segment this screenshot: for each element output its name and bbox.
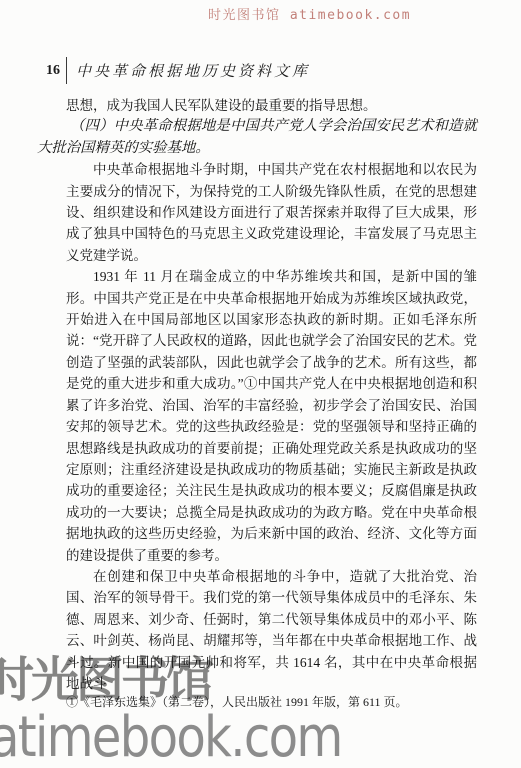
top-watermark: 时光图书馆 atimebook.com — [208, 4, 411, 23]
scanned-book-page: 时光图书馆 atimebook.com 时光图书馆 atimebook.com … — [0, 0, 521, 768]
body-paragraph: 中央革命根据地斗争时期，中国共产党在农村根据地和以农民为主要成分的情况下，为保持… — [66, 159, 477, 266]
body-text: 思想，成为我国人民军队建设的最重要的指导思想。 （四）中央革命根据地是中国共产党… — [66, 95, 477, 694]
body-paragraph: 在创建和保卫中央革命根据地的斗争中，造就了大批治党、治国、治军的领导骨干。我们党… — [66, 566, 477, 694]
footnote: ①《毛泽东选集》（第二卷），人民出版社 1991 年版，第 611 页。 — [66, 695, 477, 710]
book-title: 中央革命根据地历史资料文库 — [76, 60, 310, 81]
body-paragraph-continuation: 思想，成为我国人民军队建设的最重要的指导思想。 — [66, 95, 477, 116]
page-number: 16 — [46, 63, 66, 79]
body-paragraph: 1931 年 11 月在瑞金成立的中华苏维埃共和国，是新中国的雏形。中国共产党正… — [66, 266, 477, 566]
running-head: 16 中央革命根据地历史资料文库 — [46, 57, 310, 84]
header-divider-rule — [66, 57, 67, 84]
bottom-watermark-domain: atimebook.com — [0, 710, 342, 766]
body-paragraph-kai-heading: （四）中央革命根据地是中国共产党人学会治国安民艺术和造就大批治国精英的实验基地。 — [37, 116, 477, 159]
